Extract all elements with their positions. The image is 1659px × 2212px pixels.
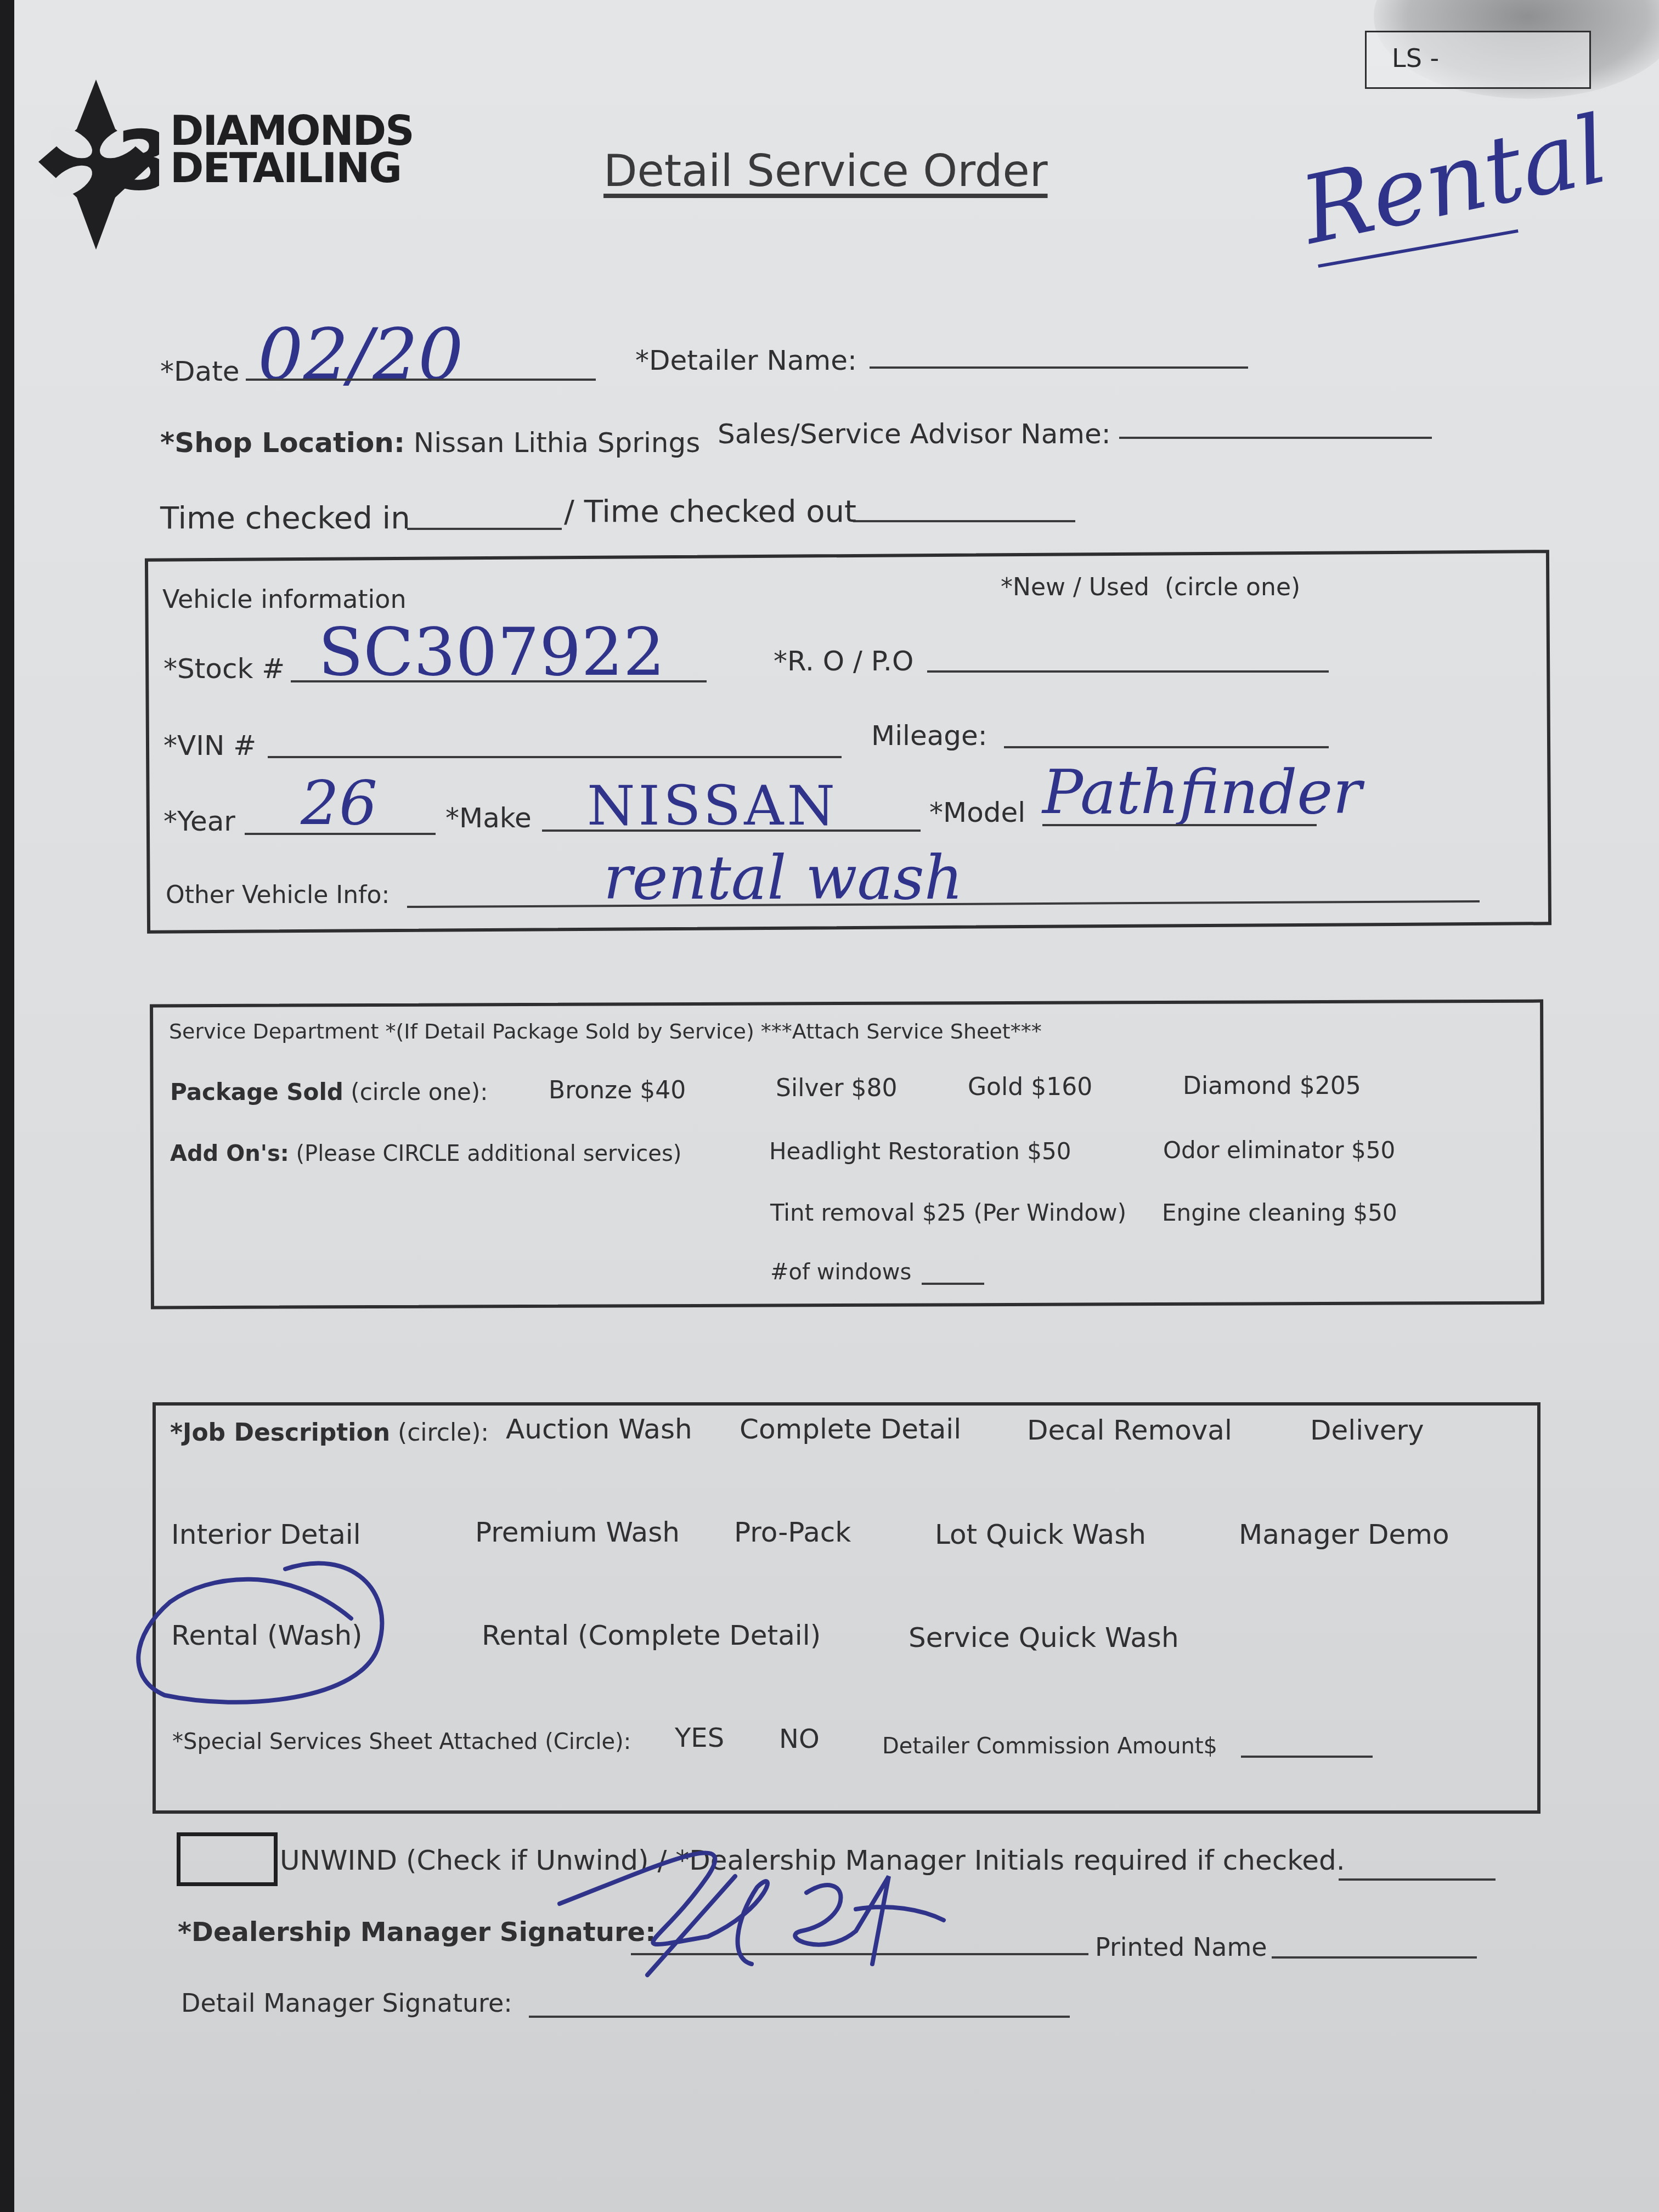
model-label: *Model [929,797,1025,828]
other-info-value[interactable]: rental wash [603,843,963,913]
addon-odor[interactable]: Odor eliminator $50 [1163,1137,1395,1164]
detailer-name-label: *Detailer Name: [635,345,857,376]
photo-left-edge [0,0,14,2212]
job-option-delivery[interactable]: Delivery [1310,1414,1424,1446]
date-field-line[interactable] [246,379,596,381]
advisor-name-label: Sales/Service Advisor Name: [718,418,1111,450]
detail-manager-signature-label: Detail Manager Signature: [181,1988,512,2018]
job-option-manager-demo[interactable]: Manager Demo [1239,1519,1449,1550]
windows-field[interactable] [922,1283,984,1285]
mileage-label: Mileage: [871,720,988,752]
windows-label: #of windows [770,1260,911,1285]
brand-line-1: DIAMONDS [170,112,413,150]
time-in-field[interactable] [407,528,562,530]
shop-location-value: Nissan Lithia Springs [414,427,701,459]
job-description-hint: (circle): [398,1419,489,1447]
commission-label: Detailer Commission Amount$ [882,1734,1217,1759]
job-option-rental-wash[interactable]: Rental (Wash) [171,1620,363,1651]
job-description-label: *Job Description [170,1419,390,1447]
svg-text:3: 3 [115,114,159,209]
job-option-complete-detail[interactable]: Complete Detail [740,1413,961,1445]
detail-manager-signature-field[interactable] [529,2016,1070,2018]
make-field-line[interactable] [542,830,921,832]
job-option-auction-wash[interactable]: Auction Wash [506,1413,692,1445]
addons-label: Add On's: [170,1141,289,1166]
year-field-line[interactable] [245,833,436,835]
ro-po-field[interactable] [927,670,1329,673]
time-out-label: / Time checked out [564,494,856,529]
star-diamond-logo-icon: 3 [33,80,159,250]
mileage-field[interactable] [1004,746,1329,748]
detailer-name-field[interactable] [870,366,1248,369]
page-title: Detail Service Order [603,145,1048,196]
make-value[interactable]: NISSAN [587,774,838,838]
form-id-label: LS - [1392,43,1439,73]
special-sheet-no[interactable]: NO [779,1724,820,1754]
special-sheet-label: *Special Services Sheet Attached (Circle… [172,1729,631,1754]
addon-headlight[interactable]: Headlight Restoration $50 [769,1138,1071,1165]
package-option-diamond[interactable]: Diamond $205 [1183,1072,1361,1100]
unwind-checkbox[interactable] [177,1832,278,1886]
unwind-label: UNWIND (Check if Unwind) / *Dealership M… [280,1844,1345,1876]
stock-field-line[interactable] [291,680,707,682]
make-label: *Make [445,802,532,834]
stock-label: *Stock # [163,653,285,685]
year-label: *Year [163,805,235,837]
time-in-label: Time checked in [160,500,410,536]
printed-name-label: Printed Name [1095,1932,1267,1962]
special-sheet-yes[interactable]: YES [675,1723,724,1753]
shop-location-label: *Shop Location: [160,427,405,459]
package-option-bronze[interactable]: Bronze $40 [549,1076,686,1104]
model-field-line[interactable] [1042,824,1317,826]
addon-tint-removal[interactable]: Tint removal $25 (Per Window) [770,1199,1126,1226]
addons-hint: (Please CIRCLE additional services) [296,1141,681,1166]
printed-name-field[interactable] [1272,1956,1477,1959]
commission-field[interactable] [1241,1756,1373,1758]
brand-line-2: DETAILING [170,150,413,187]
advisor-name-field[interactable] [1119,437,1432,439]
brand-logo: 3 DIAMONDS DETAILING [33,80,417,250]
job-option-pro-pack[interactable]: Pro-Pack [734,1516,851,1548]
vin-label: *VIN # [163,730,256,761]
job-option-lot-quick-wash[interactable]: Lot Quick Wash [935,1519,1146,1550]
time-out-field[interactable] [853,520,1075,522]
addon-engine-cleaning[interactable]: Engine cleaning $50 [1162,1199,1397,1226]
vehicle-info-heading: Vehicle information [162,584,407,614]
job-option-premium-wash[interactable]: Premium Wash [475,1516,680,1548]
dealer-signature-field[interactable] [631,1953,1088,1955]
model-value[interactable]: Pathfinder [1042,757,1362,827]
job-option-interior-detail[interactable]: Interior Detail [171,1519,361,1550]
job-option-decal-removal[interactable]: Decal Removal [1027,1414,1232,1446]
year-value[interactable]: 26 [301,768,377,838]
date-value[interactable]: 02/20 [258,313,464,396]
date-label: *Date [160,356,240,387]
service-dept-heading: Service Department *(If Detail Package S… [169,1019,1042,1043]
vin-field[interactable] [268,756,842,758]
form-id-box: LS - [1365,31,1591,89]
job-option-service-quick-wash[interactable]: Service Quick Wash [909,1622,1179,1654]
dealer-signature-label: *Dealership Manager Signature: [178,1917,656,1948]
other-info-label: Other Vehicle Info: [166,881,390,909]
new-used-hint: (circle one) [1165,573,1300,601]
ro-po-label: *R. O / P.O [774,645,913,677]
stock-value[interactable]: SC307922 [318,614,665,691]
package-sold-label: Package Sold [170,1079,343,1105]
package-sold-hint: (circle one): [351,1079,488,1105]
package-option-silver[interactable]: Silver $80 [776,1074,898,1102]
package-option-gold[interactable]: Gold $160 [968,1073,1092,1101]
new-used-label[interactable]: *New / Used [1001,573,1149,601]
job-option-rental-complete-detail[interactable]: Rental (Complete Detail) [482,1620,821,1651]
manager-initials-field[interactable] [1339,1878,1496,1881]
